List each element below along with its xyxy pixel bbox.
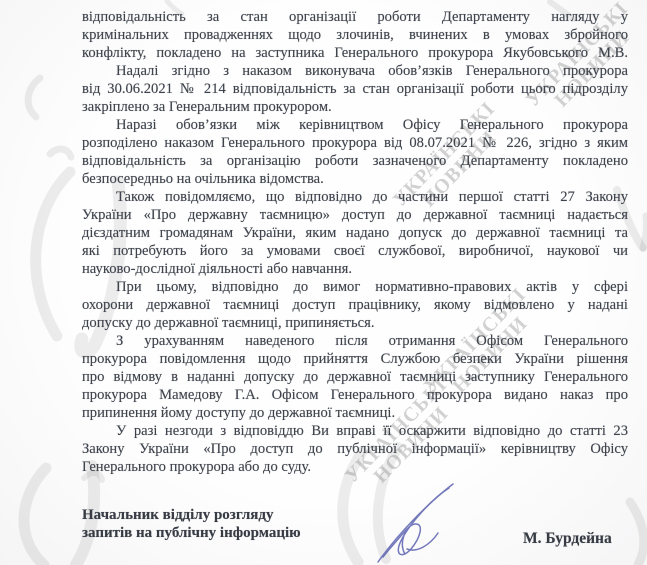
text-line: Також повідомляємо, що відповідно до час…: [82, 188, 628, 206]
letter-body-text: відповідальність за стан організації роб…: [82, 8, 628, 476]
signatory-title: Начальник відділу розгляду запитів на пу…: [82, 506, 301, 542]
text-line: допуску до державної таємниці, припиняєт…: [82, 314, 628, 332]
text-line: Генерального прокурора або до суду.: [82, 458, 628, 476]
text-line: прокурора повідомлення щодо прийняття Сл…: [82, 350, 628, 368]
text-line: Закону України «Про доступ до публічної …: [82, 440, 628, 458]
text-line: України «Про державну таємницю» доступ д…: [82, 206, 628, 224]
text-line: дієздатним громадянам України, яким нада…: [82, 224, 628, 242]
signatory-name: М. Бурдейна: [523, 530, 612, 548]
text-line: Наразі обов’язки між керівництвом Офісу …: [82, 116, 628, 134]
text-line: науково-дослідної діяльності або навчанн…: [82, 260, 628, 278]
text-line: Надалі згідно з наказом виконувача обов’…: [82, 62, 628, 80]
text-line: про відмову в наданні допуску до державн…: [82, 368, 628, 386]
text-line: При цьому, відповідно до вимог нормативн…: [82, 278, 628, 296]
text-line: припинення йому доступу до державної тає…: [82, 404, 628, 422]
text-line: охорони державної таємниці доступ праців…: [82, 296, 628, 314]
text-line: У разі незгоди з відповіддю Ви вправі її…: [82, 422, 628, 440]
signatory-title-line2: запитів на публічну інформацію: [82, 524, 301, 542]
text-line: кримінальних провадженнях щодо злочинів,…: [82, 26, 628, 44]
text-line: відповідальність за стан організації роб…: [82, 8, 628, 26]
scanned-letter-page: УКРАЇНСЬКІ НОВИНИ УКРАЇНСЬКІ НОВИНИ УКРА…: [0, 0, 647, 565]
signatory-title-line1: Начальник відділу розгляду: [82, 506, 301, 524]
text-line: прокурора Мамедову Г.А. Офісом Генеральн…: [82, 386, 628, 404]
text-line: відповідальність за організацію роботи з…: [82, 152, 628, 170]
text-line: закріплено за Генеральним прокурором.: [82, 98, 628, 116]
text-line: розподілено наказом Генерального прокуро…: [82, 134, 628, 152]
text-line: З урахуванням наведеного після отримання…: [82, 332, 628, 350]
text-line: безпосередньо на очільника відомства.: [82, 170, 628, 188]
text-line: які потребують його за умовами своєї слу…: [82, 242, 628, 260]
text-line: від 30.06.2021 № 214 відповідальність за…: [82, 80, 628, 98]
text-line: конфлікту, покладено на заступника Генер…: [82, 44, 628, 62]
